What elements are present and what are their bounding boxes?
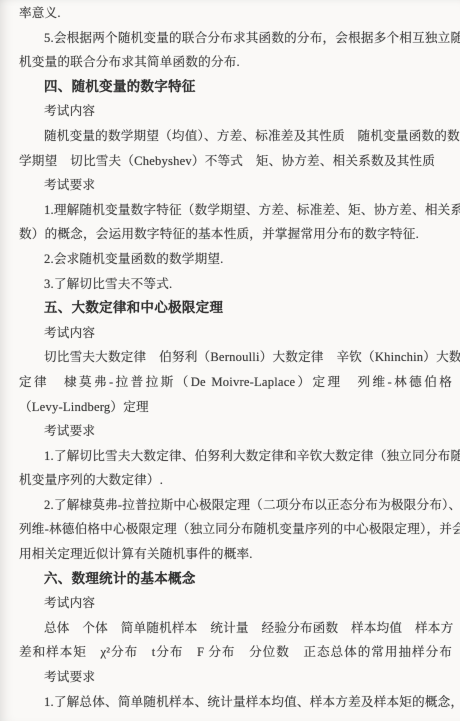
text-line: 1.了解总体、简单随机样本、统计量样本均值、样本方差及样本矩的概念， bbox=[19, 690, 452, 715]
section-heading: 五、大数定律和中心极限定理 bbox=[19, 296, 452, 321]
text-line: 随机变量的数学期望（均值）、方差、标准差及其性质 随机变量函数的数 bbox=[19, 124, 452, 149]
text-line: 1.理解随机变量数字特征（数学期望、方差、标准差、矩、协方差、相关系 bbox=[19, 198, 452, 223]
text-line: 数）的概念，会运用数字特征的基本性质，并掌握常用分布的数字特征. bbox=[19, 222, 452, 247]
text-line: 率意义. bbox=[19, 1, 452, 26]
text-line: 2.会求随机变量函数的数学期望. bbox=[19, 247, 452, 272]
section-heading: 六、数理统计的基本概念 bbox=[19, 567, 452, 592]
text-line: 差和样本矩 χ²分布 t分布 F 分布 分位数 正态总体的常用抽样分布 bbox=[19, 640, 452, 665]
text-line: 学期望 切比雪夫（Chebyshev）不等式 矩、协方差、相关系数及其性质 bbox=[19, 149, 452, 174]
text-line: 考试内容 bbox=[19, 591, 452, 616]
section-heading: 四、随机变量的数字特征 bbox=[19, 75, 452, 100]
text-line: 1.了解切比雪夫大数定律、伯努利大数定律和辛钦大数定律（独立同分布随 bbox=[19, 444, 452, 469]
text-line: 2.了解棣莫弗-拉普拉斯中心极限定理（二项分布以正态分布为极限分布）、 bbox=[19, 493, 452, 518]
text-line: （Levy-Lindberg）定理 bbox=[19, 395, 452, 420]
text-line: 定律 棣莫弗-拉普拉斯（De Moivre-Laplace）定理 列维-林德伯格 bbox=[19, 370, 452, 395]
text-line: 3.了解切比雪夫不等式. bbox=[19, 272, 452, 297]
text-line: 切比雪夫大数定律 伯努利（Bernoulli）大数定律 辛钦（Khinchin）… bbox=[19, 345, 452, 370]
text-line: 用相关定理近似计算有关随机事件的概率. bbox=[19, 542, 452, 567]
text-line: 5.会根据两个随机变量的联合分布求其函数的分布，会根据多个相互独立随 bbox=[19, 26, 452, 51]
text-line: 机变量的联合分布求其简单函数的分布. bbox=[19, 50, 452, 75]
text-line: 考试内容 bbox=[19, 99, 452, 124]
text-line: 列维-林德伯格中心极限定理（独立同分布随机变量序列的中心极限定理），并会 bbox=[19, 517, 452, 542]
text-line: 考试要求 bbox=[19, 173, 452, 198]
document-page: 率意义.5.会根据两个随机变量的联合分布求其函数的分布，会根据多个相互独立随机变… bbox=[0, 0, 460, 721]
text-line: 机变量序列的大数定律）. bbox=[19, 468, 452, 493]
text-line: 总体 个体 简单随机样本 统计量 经验分布函数 样本均值 样本方 bbox=[19, 616, 452, 641]
document-body: 率意义.5.会根据两个随机变量的联合分布求其函数的分布，会根据多个相互独立随机变… bbox=[19, 1, 452, 714]
text-line: 考试要求 bbox=[19, 419, 452, 444]
text-line: 考试要求 bbox=[19, 665, 452, 690]
text-line: 考试内容 bbox=[19, 321, 452, 346]
